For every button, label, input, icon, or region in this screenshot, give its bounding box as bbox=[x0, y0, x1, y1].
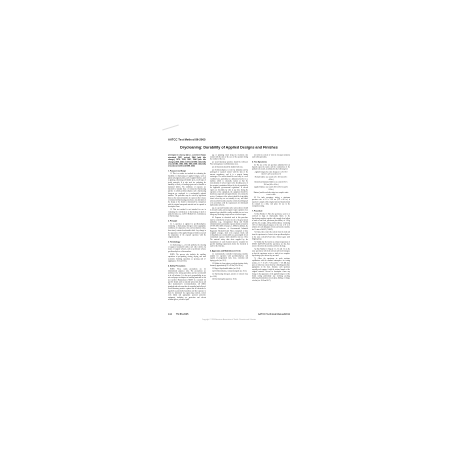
paragraph: 4.4 An eyewash fountain and a safety sho… bbox=[210, 208, 248, 217]
paragraph: 1.2 This test method is not intended for… bbox=[168, 209, 206, 218]
section-heading: 7. Procedure bbox=[252, 210, 290, 212]
section-heading: 2. Principle bbox=[168, 220, 206, 222]
text-column: age or splashing could bring the chemica… bbox=[210, 154, 248, 309]
paragraph: 5.4 Perchloroethylene, commercial grade … bbox=[210, 271, 248, 273]
paragraph: 5.3 Bags of drycleanable fabric (see 10.… bbox=[210, 268, 248, 270]
section-heading: 6. Test Specimens bbox=[252, 161, 290, 163]
paragraph: 7.5 Allow the specimens to reach moistur… bbox=[252, 258, 290, 282]
paragraph: 3.1 drycleaning, n.—of textile products,… bbox=[168, 244, 206, 253]
specimen-list-item: Flocked fabrics: one swatch 5.0 x 10.0 c… bbox=[254, 177, 289, 181]
footer-method-ref: TM 86-2005 bbox=[176, 313, 189, 315]
paragraph: 2.1 A specimen is agitated in perchloroe… bbox=[168, 223, 206, 238]
paragraph: age or splashing could bring the chemica… bbox=[210, 154, 248, 161]
paragraph: 7.4 Run Number 2: Repeat 7.1, 7.2 and 7.… bbox=[252, 248, 290, 257]
section-heading: 4. Safety Precautions bbox=[168, 265, 206, 267]
revision-history: Developed in 1952 by AATCC Committee RA4… bbox=[168, 154, 206, 167]
footer-page-number: 144 bbox=[168, 313, 172, 315]
footer-copyright: Copyright © 2010 American Association of… bbox=[168, 319, 290, 321]
specimen-list-item: Bonded and laminated fabrics: one swatch… bbox=[254, 182, 289, 186]
specimen-list-item: Applied finishes: one swatch 10.0 x 20.0… bbox=[254, 187, 289, 191]
paragraph: tact with the solvent or with the deterg… bbox=[252, 154, 290, 158]
paragraph: 6.1 The size of the test specimen submit… bbox=[252, 164, 290, 171]
paragraph: 7.1 Run Number 1: Place the specimens, s… bbox=[252, 214, 290, 232]
columns-container: Developed in 1952 by AATCC Committee RA4… bbox=[168, 154, 290, 309]
paragraph: 5.1 Automatically controlled drycleaning… bbox=[210, 253, 248, 262]
method-number-header: AATCC Test Method 86-2005 bbox=[168, 138, 290, 141]
paragraph: 7.2 Drain, then extract the solvent from… bbox=[252, 232, 290, 241]
paragraph: NOTE: These safety precautions are for i… bbox=[168, 268, 206, 301]
paragraph: 5.5 Drycleaning detergent, anionic or ca… bbox=[210, 274, 248, 278]
footer-left: 144 TM 86-2005 bbox=[168, 313, 188, 315]
text-column: Developed in 1952 by AATCC Committee RA4… bbox=[168, 154, 206, 309]
footer-manual-ref: AATCC Technical Manual/2011 bbox=[258, 313, 290, 315]
page-footer: 144 TM 86-2005 AATCC Technical Manual/20… bbox=[168, 313, 290, 315]
paragraph: 4.5 Exposure to chemicals used in this p… bbox=[210, 217, 248, 248]
specimen-list-item: Buttons, buckles and other trim: two com… bbox=[254, 192, 289, 196]
page-title: Drycleaning: Durability of Applied Desig… bbox=[168, 146, 290, 150]
document-page: AATCC Test Method 86-2005 Drycleaning: D… bbox=[0, 0, 458, 458]
paragraph: 4.3 Perchloroethylene is toxic by inhala… bbox=[210, 170, 248, 207]
paragraph: 6.2 For trade acceptance testing, a mini… bbox=[252, 197, 290, 208]
section-heading: 5. Apparatus and Materials (see 10.1) bbox=[210, 250, 248, 252]
paragraph: 5.6 Drycleaning detergent (see 10.6). bbox=[210, 279, 248, 281]
text-column: tact with the solvent or with the deterg… bbox=[252, 154, 290, 309]
paragraph: 4.1 Good laboratory practices should be … bbox=[210, 162, 248, 166]
paragraph: 1.1 This is a routine test method for ev… bbox=[168, 173, 206, 208]
paragraph: NOTE: The process also includes the auxi… bbox=[168, 254, 206, 263]
scan-artifact bbox=[162, 125, 179, 131]
page-content: AATCC Test Method 86-2005 Drycleaning: D… bbox=[168, 138, 290, 321]
section-heading: 3. Terminology bbox=[168, 241, 206, 243]
specimen-list-item: Applied designs: the entire design or a … bbox=[254, 172, 289, 176]
section-heading: 1. Purpose and Scope bbox=[168, 170, 206, 172]
paragraph: 7.3 Tumble dry the load at an exhaust te… bbox=[252, 241, 290, 248]
paragraph: 5.2 Ballast of clean cotton or polyester… bbox=[210, 263, 248, 267]
paragraph: 4.2 All chemicals should be handled with… bbox=[210, 167, 248, 169]
